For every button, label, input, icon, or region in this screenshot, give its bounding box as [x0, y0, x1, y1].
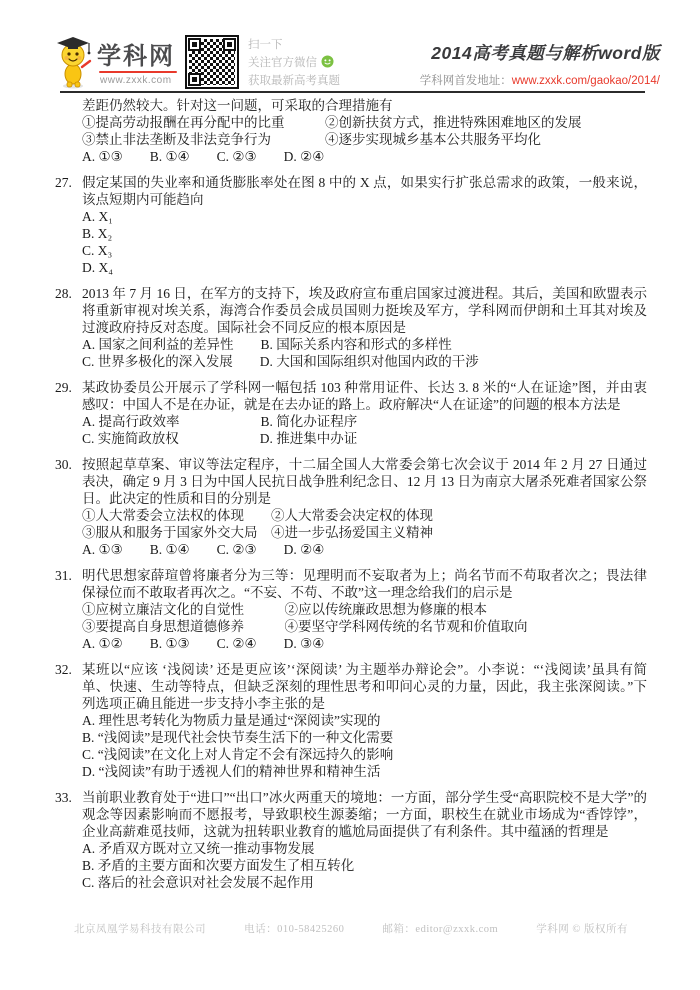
question-stem: 当前职业教育处于“进口”“出口”冰火两重天的境地：一方面，部分学生受“高职院校不…: [82, 789, 647, 840]
question-body: 某班以“应该 ‘浅阅读’ 还是更应该’‘深阅读’ 为主题举办辩论会”。小李说：“…: [82, 661, 647, 780]
question-stem: 2013 年 7 月 16 日，在军方的支持下，埃及政府宣布重启国家过渡进程。其…: [82, 285, 647, 336]
question-body: 明代思想家薛瑄曾将廉者分为三等：见理明而不妄取者为上；尚名节而不苟取者次之；畏法…: [82, 567, 647, 652]
question-option-line: ③服从和服务于国家外交大局 ④进一步弘扬爱国主义精神: [82, 524, 647, 541]
question-body: 某政协委员公开展示了学科网一幅包括 103 种常用证件、长达 3. 8 米的“人…: [82, 379, 647, 447]
question-option-line: A. 理性思考转化为物质力量是通过“深阅读”实现的: [82, 712, 647, 729]
question-number: 33.: [55, 789, 82, 891]
question-option-line: ③禁止非法垄断及非法竞争行为 ④逐步实现城乡基本公共服务平均化: [82, 131, 647, 148]
qr-caption-line3: 获取最新高考真题: [248, 72, 340, 90]
question-body: 2013 年 7 月 16 日，在军方的支持下，埃及政府宣布重启国家过渡进程。其…: [82, 285, 647, 370]
question-body: 按照起草草案、审议等法定程序，十二届全国人大常委会第七次会议于 2014 年 2…: [82, 456, 647, 558]
site-url: www.zxxk.com: [97, 75, 177, 86]
question-option-line: A. ①③ B. ①④ C. ②③ D. ②④: [82, 541, 647, 558]
qr-caption-line1: 扫一下: [248, 36, 283, 54]
question-number: 32.: [55, 661, 82, 780]
site-name: 学科网: [97, 44, 177, 70]
question: 33.当前职业教育处于“进口”“出口”冰火两重天的境地：一方面，部分学生受“高职…: [55, 789, 647, 891]
question-stem: 明代思想家薛瑄曾将廉者分为三等：见理明而不妄取者为上；尚名节而不苟取者次之；畏法…: [82, 567, 647, 601]
question-body: 差距仍然较大。针对这一问题，可采取的合理措施有①提高劳动报酬在再分配中的比重 ②…: [82, 97, 647, 165]
question-option-line: B. “浅阅读”是现代社会快节奏生活下的一种文化需要: [82, 729, 647, 746]
question-option-line: A. 矛盾双方既对立又统一推动事物发展: [82, 840, 647, 857]
question-option-line: C. “浅阅读”在文化上对人肯定不会有深远持久的影响: [82, 746, 647, 763]
question-option-line: A. 提高行政效率 B. 简化办证程序: [82, 413, 647, 430]
question-number: [55, 97, 82, 165]
question-stem: 差距仍然较大。针对这一问题，可采取的合理措施有: [82, 97, 647, 114]
zxxk-logo: 学科网 www.zxxk.com: [56, 34, 177, 95]
questions-list: 差距仍然较大。针对这一问题，可采取的合理措施有①提高劳动报酬在再分配中的比重 ②…: [55, 97, 647, 900]
question: 27.假定某国的失业率和通货膨胀率处在图 8 中的 X 点，如果实行扩张总需求的…: [55, 174, 647, 276]
question-option-line: C. 实施简政放权 D. 推进集中办证: [82, 430, 647, 447]
page-footer: 北京凤凰学易科技有限公司 电话：010-58425260 邮箱：editor@z…: [74, 921, 628, 936]
question-option-line: B. X₂: [82, 225, 647, 242]
footer-copyright: 学科网 © 版权所有: [536, 921, 628, 936]
masthead: 2014高考真题与解析word版 学科网首发地址：www.zxxk.com/ga…: [420, 40, 660, 88]
question-number: 30.: [55, 456, 82, 558]
question-stem: 某政协委员公开展示了学科网一幅包括 103 种常用证件、长达 3. 8 米的“人…: [82, 379, 647, 413]
question-option-line: D. “浅阅读”有助于透视人们的精神世界和精神生活: [82, 763, 647, 780]
question: 32.某班以“应该 ‘浅阅读’ 还是更应该’‘深阅读’ 为主题举办辩论会”。小李…: [55, 661, 647, 780]
wechat-qr-code: [185, 35, 239, 89]
release-address-label: 学科网首发地址：: [420, 75, 512, 87]
question-option-line: A. 国家之间利益的差异性 B. 国际关系内容和形式的多样性: [82, 336, 647, 353]
footer-company: 北京凤凰学易科技有限公司: [74, 921, 206, 936]
question-option-line: ①提高劳动报酬在再分配中的比重 ②创新扶贫方式，推进特殊困难地区的发展: [82, 114, 647, 131]
question-number: 28.: [55, 285, 82, 370]
question-stem: 某班以“应该 ‘浅阅读’ 还是更应该’‘深阅读’ 为主题举办辩论会”。小李说：“…: [82, 661, 647, 712]
question-option-line: ①应树立廉洁文化的自觉性 ②应以传统廉政思想为修廉的根本: [82, 601, 647, 618]
logo-underline: [99, 71, 177, 73]
qr-finder-icon: [223, 38, 236, 51]
question-option-line: C. 落后的社会意识对社会发展不起作用: [82, 874, 647, 891]
question-option-line: A. ①② B. ①③ C. ②④ D. ③④: [82, 635, 647, 652]
qr-caption: 扫一下 关注官方微信 获取最新高考真题: [248, 36, 340, 90]
footer-phone: 电话：010-58425260: [244, 921, 344, 936]
footer-email: 邮箱：editor@zxxk.com: [382, 921, 498, 936]
question-stem: 按照起草草案、审议等法定程序，十二届全国人大常委会第七次会议于 2014 年 2…: [82, 456, 647, 507]
qr-finder-icon: [188, 38, 201, 51]
question-stem: 假定某国的失业率和通货膨胀率处在图 8 中的 X 点，如果实行扩张总需求的政策，…: [82, 174, 647, 208]
question-option-line: C. 世界多极化的深入发展 D. 大国和国际组织对他国内政的干涉: [82, 353, 647, 370]
header-divider: [60, 91, 645, 93]
document-title: 2014高考真题与解析word版: [420, 40, 660, 65]
qr-caption-line2: 关注官方微信: [248, 54, 317, 72]
question: 31.明代思想家薛瑄曾将廉者分为三等：见理明而不妄取者为上；尚名节而不苟取者次之…: [55, 567, 647, 652]
question-option-line: C. X₃: [82, 242, 647, 259]
question-option-line: A. ①③ B. ①④ C. ②③ D. ②④: [82, 148, 647, 165]
question-body: 假定某国的失业率和通货膨胀率处在图 8 中的 X 点，如果实行扩张总需求的政策，…: [82, 174, 647, 276]
wechat-smiley-icon: [321, 54, 334, 72]
question-number: 29.: [55, 379, 82, 447]
question-option-line: D. X₄: [82, 259, 647, 276]
question: 28.2013 年 7 月 16 日，在军方的支持下，埃及政府宣布重启国家过渡进…: [55, 285, 647, 370]
question-number: 27.: [55, 174, 82, 276]
question: 差距仍然较大。针对这一问题，可采取的合理措施有①提高劳动报酬在再分配中的比重 ②…: [55, 97, 647, 165]
question-option-line: ③要提高自身思想道德修养 ④要坚守学科网传统的名节观和价值取向: [82, 618, 647, 635]
question-body: 当前职业教育处于“进口”“出口”冰火两重天的境地：一方面，部分学生受“高职院校不…: [82, 789, 647, 891]
question-number: 31.: [55, 567, 82, 652]
release-address-link[interactable]: www.zxxk.com/gaokao/2014/: [512, 75, 660, 87]
question: 29.某政协委员公开展示了学科网一幅包括 103 种常用证件、长达 3. 8 米…: [55, 379, 647, 447]
question-option-line: A. X₁: [82, 208, 647, 225]
question-option-line: ①人大常委会立法权的体现 ②人大常委会决定权的体现: [82, 507, 647, 524]
qr-finder-icon: [188, 73, 201, 86]
question-option-line: B. 矛盾的主要方面和次要方面发生了相互转化: [82, 857, 647, 874]
question: 30.按照起草草案、审议等法定程序，十二届全国人大常委会第七次会议于 2014 …: [55, 456, 647, 558]
zxxk-mascot-icon: [56, 34, 92, 95]
